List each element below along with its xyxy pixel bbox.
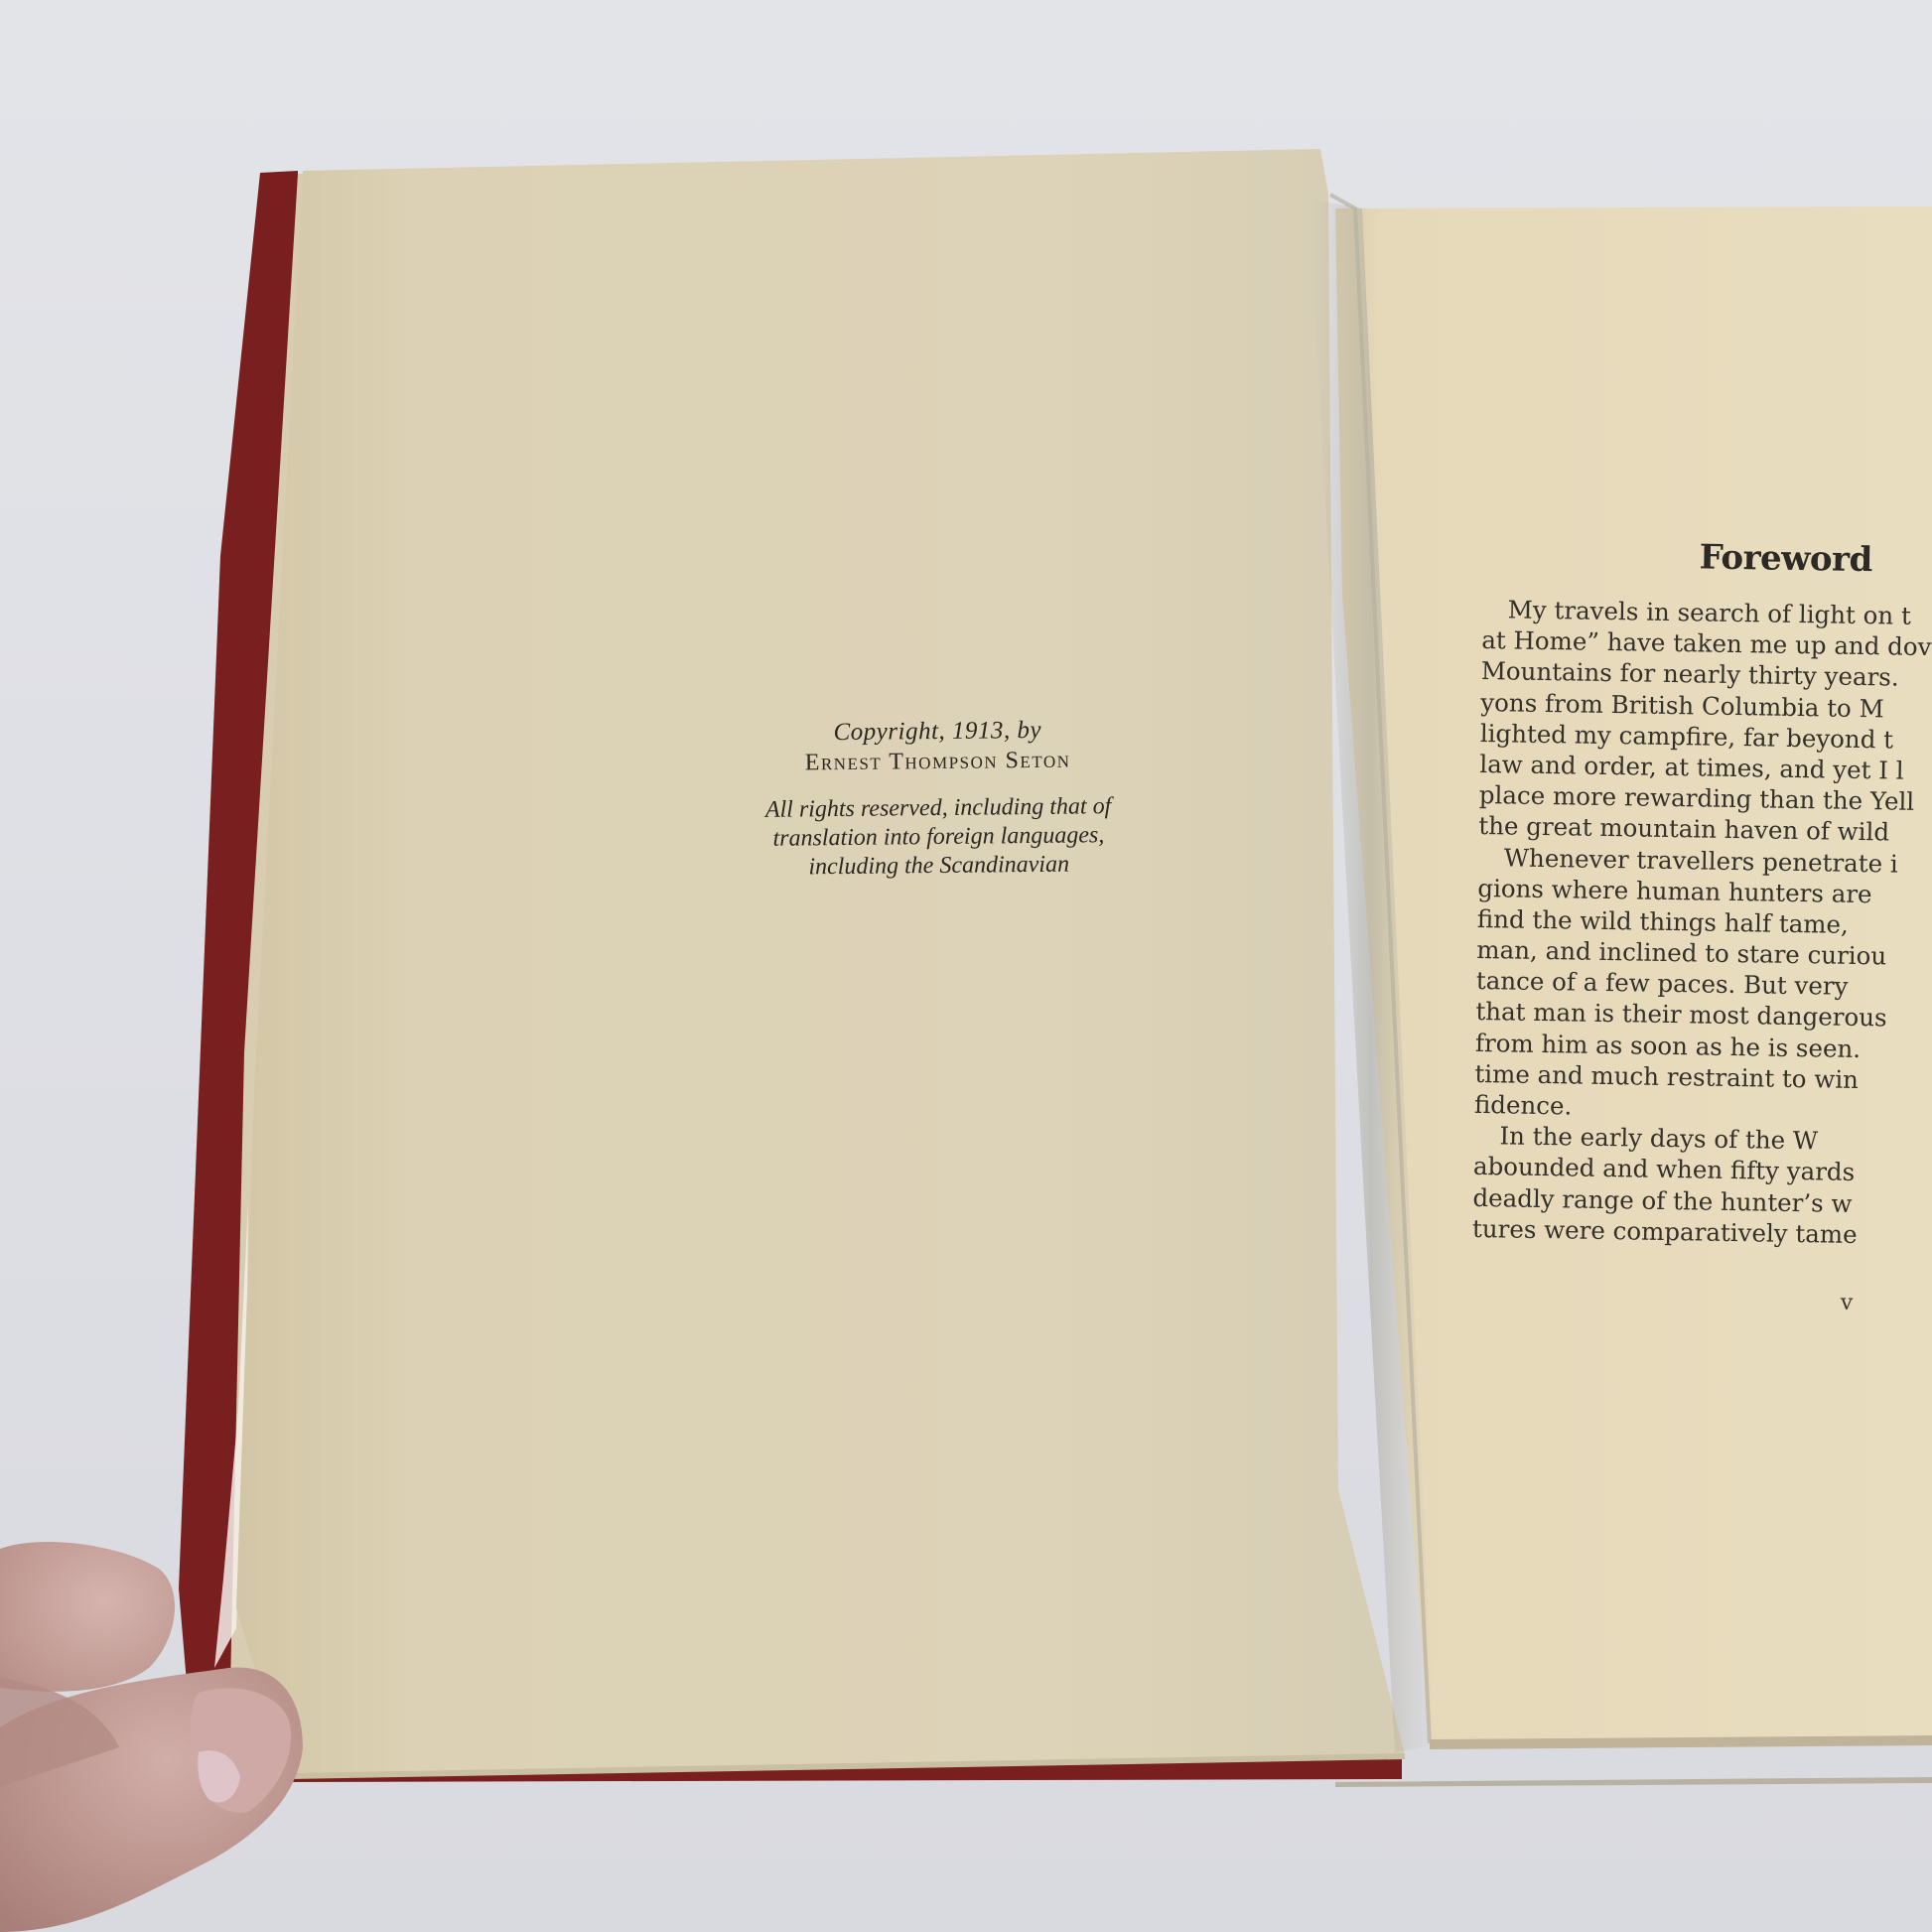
foreword-body: My travels in search of light on t at Ho… [1472, 594, 1932, 1253]
page-number: v [1841, 1291, 1854, 1315]
rights-line-1: All rights reserved, including that of [730, 792, 1147, 825]
rights-line-2: translation into foreign languages, [730, 821, 1147, 854]
left-page [236, 149, 1405, 1777]
book-photo-scene: Copyright, 1913, by Ernest Thompson Seto… [0, 0, 1932, 1932]
author-name: Ernest Thompson Seton [729, 745, 1146, 778]
copyright-line: Copyright, 1913, by [729, 715, 1146, 749]
copyright-block: Copyright, 1913, by Ernest Thompson Seto… [729, 715, 1148, 883]
rights-line-3: including the Scandinavian [731, 850, 1148, 883]
foreword-title: Foreword [1699, 537, 1872, 580]
